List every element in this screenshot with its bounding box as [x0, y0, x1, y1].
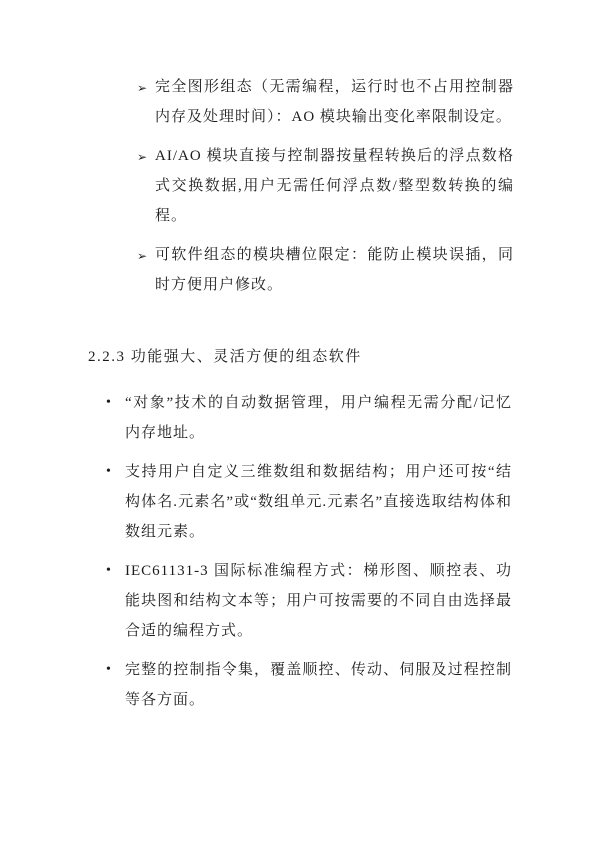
list-item-text: IEC61131-3 国际标准编程方式：梯形图、顺控表、功能块图和结构文本等；用… — [125, 563, 512, 639]
list-item: ➢ 完全图形组态（无需编程，运行时也不占用控制器内存及处理时间）：AO 模块输出… — [137, 72, 514, 132]
list-item-text: 支持用户自定义三维数组和数据结构；用户还可按“结构体名.元素名”或“数组单元.元… — [125, 464, 512, 540]
list-item-text: 完整的控制指令集，覆盖顺控、传动、伺服及过程控制等各方面。 — [125, 662, 512, 708]
dot-bullet-icon: • — [106, 556, 111, 586]
section-heading: 2.2.3 功能强大、灵活方便的组态软件 — [88, 342, 514, 372]
bullet-list: • “对象”技术的自动数据管理，用户编程无需分配/记忆内存地址。 • 支持用户自… — [0, 388, 596, 715]
list-item: • IEC61131-3 国际标准编程方式：梯形图、顺控表、功能块图和结构文本等… — [104, 556, 512, 646]
list-item: • 支持用户自定义三维数组和数据结构；用户还可按“结构体名.元素名”或“数组单元… — [104, 457, 512, 547]
list-item: • 完整的控制指令集，覆盖顺控、传动、伺服及过程控制等各方面。 — [104, 655, 512, 715]
dot-bullet-icon: • — [106, 457, 111, 487]
list-item: ➢ 可软件组态的模块槽位限定：能防止模块误插，同时方便用户修改。 — [137, 240, 514, 300]
document-page: ➢ 完全图形组态（无需编程，运行时也不占用控制器内存及处理时间）：AO 模块输出… — [0, 0, 596, 842]
dot-bullet-icon: • — [106, 388, 111, 418]
list-item-text: 可软件组态的模块槽位限定：能防止模块误插，同时方便用户修改。 — [155, 247, 514, 293]
list-item: • “对象”技术的自动数据管理，用户编程无需分配/记忆内存地址。 — [104, 388, 512, 448]
arrow-bullet-icon: ➢ — [137, 142, 147, 172]
dot-bullet-icon: • — [106, 655, 111, 685]
arrow-bullet-icon: ➢ — [137, 73, 147, 103]
list-item-text: AI/AO 模块直接与控制器按量程转换后的浮点数格式交换数据,用户无需任何浮点数… — [155, 148, 514, 224]
arrow-bullet-icon: ➢ — [137, 241, 147, 271]
arrow-list: ➢ 完全图形组态（无需编程，运行时也不占用控制器内存及处理时间）：AO 模块输出… — [0, 72, 596, 300]
list-item-text: “对象”技术的自动数据管理，用户编程无需分配/记忆内存地址。 — [125, 395, 512, 441]
list-item-text: 完全图形组态（无需编程，运行时也不占用控制器内存及处理时间）：AO 模块输出变化… — [155, 79, 514, 125]
list-item: ➢ AI/AO 模块直接与控制器按量程转换后的浮点数格式交换数据,用户无需任何浮… — [137, 141, 514, 231]
